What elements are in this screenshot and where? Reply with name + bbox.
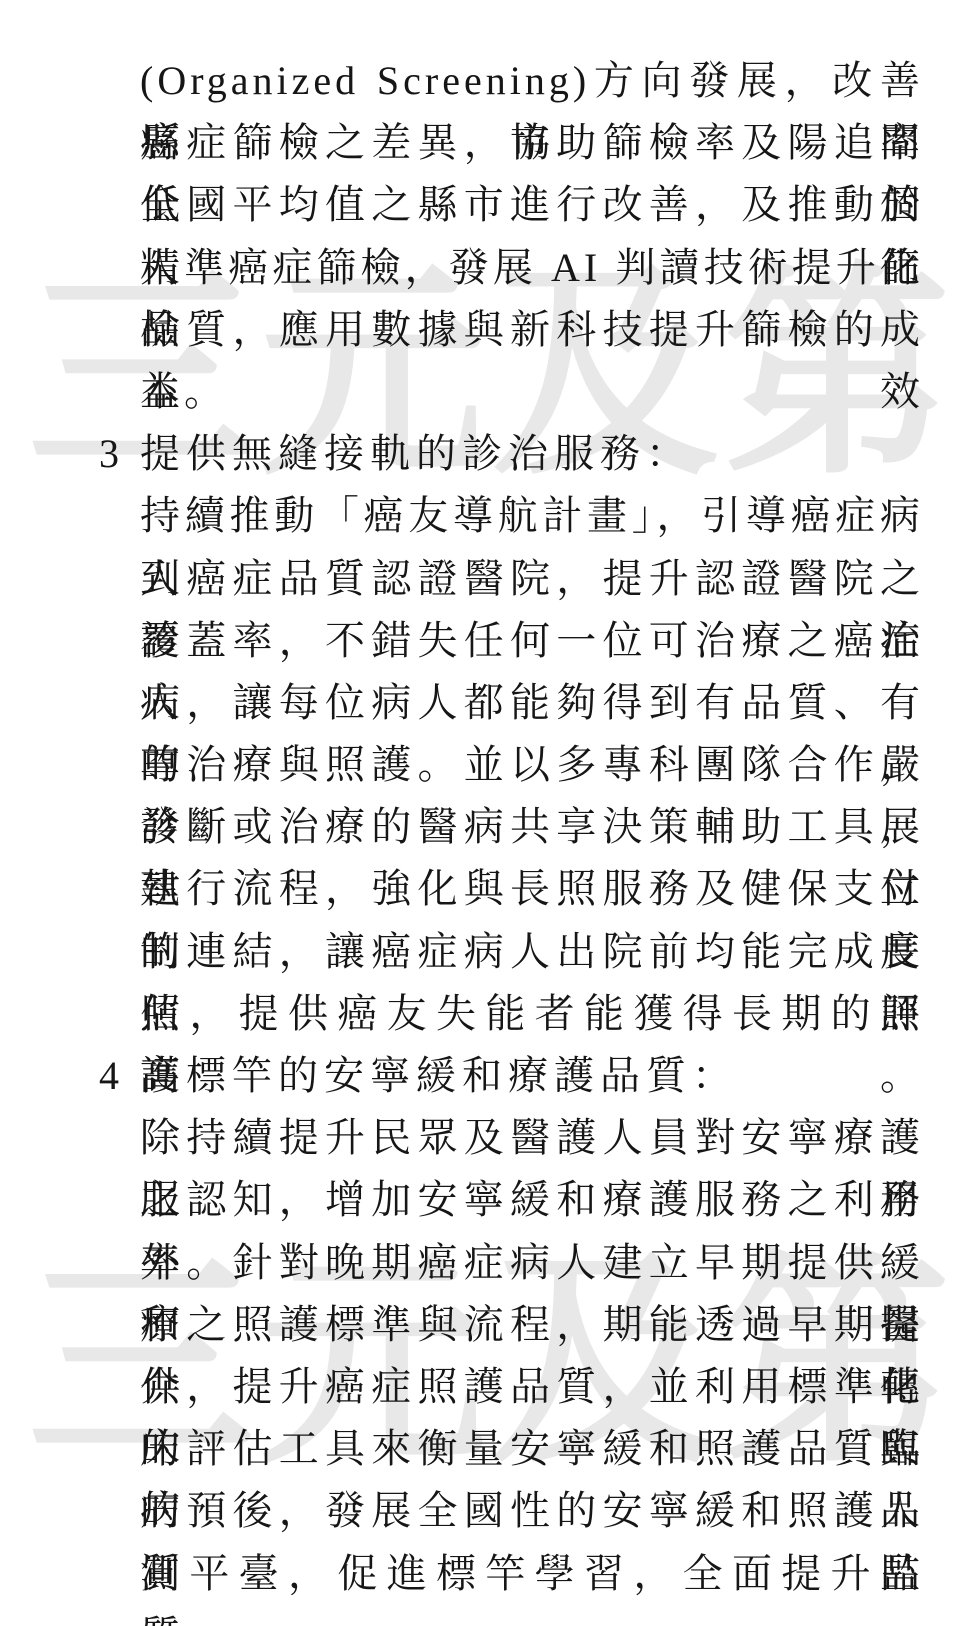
list-item-heading: 4高標竿的安寧緩和療護品質： bbox=[140, 1045, 924, 1107]
text-line: 精準癌症篩檢，發展 AI 判讀技術提升篩檢 bbox=[140, 237, 924, 299]
text-line: 床評估工具來衡量安寧緩和照護品質與病人 bbox=[140, 1418, 924, 1480]
text-line: 品質，應用數據與新科技提升篩檢的成本效 bbox=[140, 299, 924, 361]
text-line: 覆蓋率，不錯失任何一位可治療之癌症病 bbox=[140, 610, 924, 672]
text-line: 人，讓每位病人都能夠得到有品質、有尊嚴 bbox=[140, 672, 924, 734]
document-page: 三元及第 三元及第 (Organized Screening)方向發展，改善縣市… bbox=[0, 0, 980, 1626]
list-item-title: 高標竿的安寧緩和療護品質： bbox=[140, 1053, 738, 1098]
list-item-heading: 3提供無縫接軌的診治服務： bbox=[140, 423, 924, 485]
document-body: (Organized Screening)方向發展，改善縣市間癌症篩檢之差異，協… bbox=[140, 50, 924, 1605]
text-line: 之認知，增加安寧緩和療護服務之利用率 bbox=[140, 1169, 924, 1231]
list-item-number: 3 bbox=[99, 423, 119, 485]
text-line: 測平臺，促進標竿學習，全面提升品質。 bbox=[140, 1543, 924, 1605]
text-line: 到癌症品質認證醫院，提升認證醫院之診治 bbox=[140, 548, 924, 610]
text-line: 癌症篩檢之差異，協助篩檢率及陽追率低於 bbox=[140, 112, 924, 174]
list-item-number: 4 bbox=[99, 1045, 119, 1107]
text-line: 除持續提升民眾及醫護人員對安寧療護服務 bbox=[140, 1107, 924, 1169]
text-line: 估，提供癌友失能者能獲得長期的照護。 bbox=[140, 983, 924, 1045]
text-line: 全國平均值之縣市進行改善，及推動個人化 bbox=[140, 174, 924, 236]
text-line: 療之照護標準與流程，期能透過早期提供轉 bbox=[140, 1294, 924, 1356]
list-item-title: 提供無縫接軌的診治服務： bbox=[140, 431, 692, 476]
text-line: 的預後，發展全國性的安寧緩和照護品質監 bbox=[140, 1480, 924, 1542]
text-line: 持續推動「癌友導航計畫」，引導癌症病人 bbox=[140, 485, 924, 547]
text-line: (Organized Screening)方向發展，改善縣市間 bbox=[140, 50, 924, 112]
text-line: 執行流程，強化與長照服務及健保支付制度 bbox=[140, 858, 924, 920]
text-line: 外。針對晚期癌症病人建立早期提供緩和醫 bbox=[140, 1232, 924, 1294]
text-line: 診斷或治療的醫病共享決策輔助工具，建立 bbox=[140, 796, 924, 858]
text-line: 的治療與照護。並以多專科團隊合作，發展 bbox=[140, 734, 924, 796]
text-line: 介，提升癌症照護品質，並利用標準化的臨 bbox=[140, 1356, 924, 1418]
text-line: 的連結，讓癌症病人出院前均能完成長照評 bbox=[140, 921, 924, 983]
